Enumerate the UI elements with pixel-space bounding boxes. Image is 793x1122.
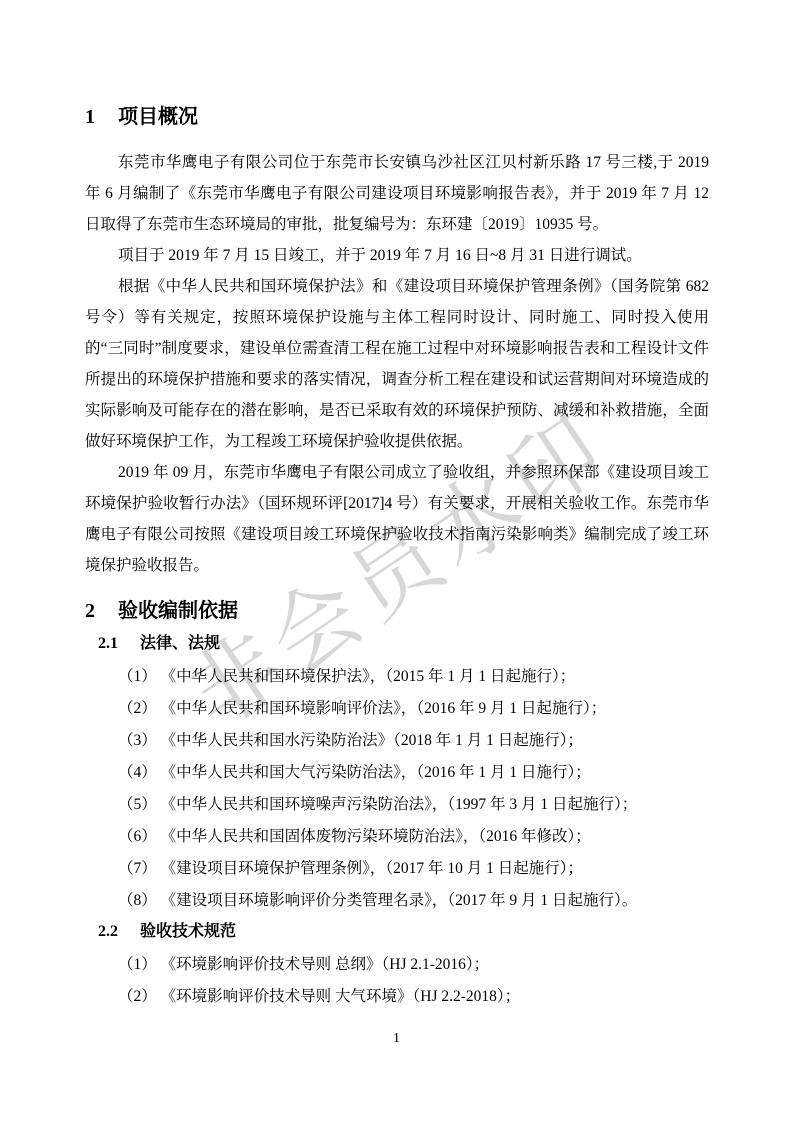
list-item: （1） 《中华人民共和国环境保护法》，（2015 年 1 月 1 日起施行）； [118, 661, 709, 693]
list-item: （5） 《中华人民共和国环境噪声污染防治法》，（1997 年 3 月 1 日起施… [118, 789, 709, 821]
section-2-heading: 2验收编制依据 [85, 597, 709, 625]
list-item: （2） 《环境影响评价技术导则 大气环境》（HJ 2.2-2018）； [118, 981, 709, 1013]
paragraph: 东莞市华鹰电子有限公司位于东莞市长安镇乌沙社区江贝村新乐路 17 号三楼,于 2… [85, 147, 709, 240]
section-1-number: 1 [85, 103, 118, 131]
document-content: 1项目概况 东莞市华鹰电子有限公司位于东莞市长安镇乌沙社区江贝村新乐路 17 号… [85, 103, 709, 1013]
list-item: （6） 《中华人民共和国固体废物污染环境防治法》，（2016 年修改）； [118, 821, 709, 853]
section-1-title: 项目概况 [118, 106, 198, 128]
paragraph: 项目于 2019 年 7 月 15 日竣工，并于 2019 年 7 月 16 日… [85, 240, 709, 271]
section-2-title: 验收编制依据 [118, 600, 238, 622]
list-item: （1） 《环境影响评价技术导则 总纲》（HJ 2.1-2016）； [118, 949, 709, 981]
page-number: 1 [0, 1028, 793, 1050]
section-2-number: 2 [85, 597, 118, 625]
list-item: （4） 《中华人民共和国大气污染防治法》，（2016 年 1 月 1 日施行）； [118, 757, 709, 789]
section-2-2-title: 验收技术规范 [140, 923, 236, 940]
section-2-1-number: 2.1 [98, 633, 140, 655]
list-item: （8） 《建设项目环境影响评价分类管理名录》，（2017 年 9 月 1 日起施… [118, 885, 709, 917]
list-item: （7） 《建设项目环境保护管理条例》，（2017 年 10 月 1 日起施行）； [118, 853, 709, 885]
list-item: （2） 《中华人民共和国环境影响评价法》，（2016 年 9 月 1 日起施行）… [118, 693, 709, 725]
paragraph: 根据《中华人民共和国环境保护法》和《建设项目环境保护管理条例》（国务院第 682… [85, 271, 709, 457]
section-2-2-heading: 2.2验收技术规范 [98, 921, 709, 943]
list-item: （3） 《中华人民共和国水污染防治法》（2018 年 1 月 1 日起施行）； [118, 725, 709, 757]
paragraph: 2019 年 09 月，东莞市华鹰电子有限公司成立了验收组，并参照环保部《建设项… [85, 457, 709, 581]
section-2-1-heading: 2.1法律、法规 [98, 633, 709, 655]
section-2-1-title: 法律、法规 [140, 635, 220, 652]
section-2-2-number: 2.2 [98, 921, 140, 943]
section-1-heading: 1项目概况 [85, 103, 709, 131]
document-page: 非会员水印 1项目概况 东莞市华鹰电子有限公司位于东莞市长安镇乌沙社区江贝村新乐… [0, 0, 793, 1122]
